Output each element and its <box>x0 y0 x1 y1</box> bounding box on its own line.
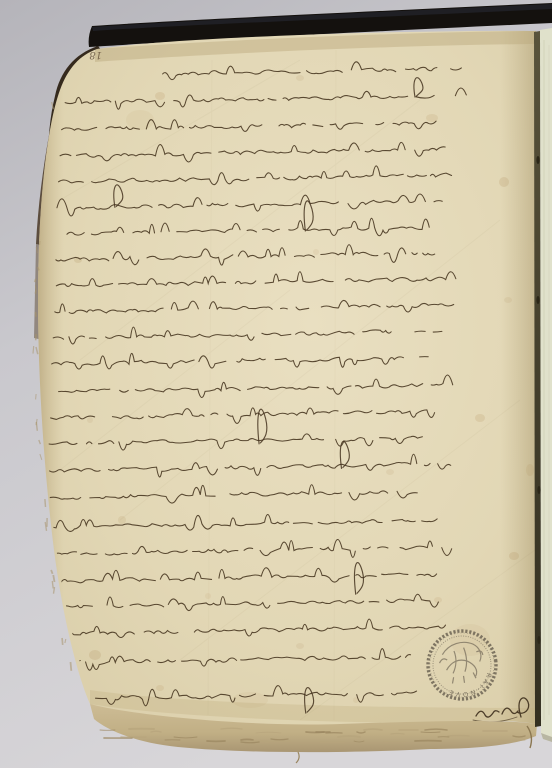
foxing-spot <box>155 92 165 100</box>
foxing-spot <box>232 692 268 708</box>
foxing-spot <box>296 75 304 81</box>
page-edge-speckle <box>54 587 55 594</box>
page-sheet <box>38 31 537 726</box>
page-edge-speckle <box>33 346 34 354</box>
next-page-edge <box>540 28 552 742</box>
foxing-spot <box>475 414 485 422</box>
page-edge-speckle <box>62 638 63 645</box>
page-edge-speckle <box>53 575 54 582</box>
deckle-fiber <box>425 729 447 730</box>
foxing-spot <box>386 469 394 475</box>
page-edge-speckle <box>45 499 46 507</box>
foxing-spot <box>87 417 93 423</box>
deckle-fiber <box>448 736 469 737</box>
foxing-spot <box>156 685 164 691</box>
deckle-fiber <box>391 734 404 735</box>
deckle-fiber <box>338 736 360 737</box>
page-edge-speckle <box>35 312 36 317</box>
foxing-spot <box>296 643 304 649</box>
foxing-spot <box>504 297 512 303</box>
page-edge-speckle <box>35 290 36 294</box>
deckle-fiber <box>421 732 440 733</box>
deckle-fiber <box>262 741 290 742</box>
page-edge-speckle <box>38 267 39 270</box>
deckle-fiber <box>221 728 242 729</box>
foxing-spot <box>89 650 101 660</box>
scan-canvas: 18 RAI·NOVE <box>0 0 552 768</box>
foxing-spot <box>205 593 211 599</box>
page-gutter <box>534 31 541 727</box>
folio-number: 18 <box>89 49 102 60</box>
deckle-fiber <box>271 739 288 740</box>
foxing-spot <box>509 552 519 560</box>
page-edge-speckle <box>36 394 37 399</box>
deckle-fiber <box>241 742 259 743</box>
foxing-spot <box>499 177 509 187</box>
page-edge-speckle <box>71 662 72 671</box>
foxing-spot <box>313 249 319 255</box>
foxing-spot <box>118 516 126 524</box>
deckle-fiber <box>241 739 253 740</box>
deckle-fiber <box>364 729 382 730</box>
foxing-spot <box>526 464 534 476</box>
page-edge-speckle <box>52 581 53 588</box>
scanned-manuscript-photo: 18 RAI·NOVE <box>0 0 552 768</box>
page-edge-speckle <box>35 279 36 282</box>
